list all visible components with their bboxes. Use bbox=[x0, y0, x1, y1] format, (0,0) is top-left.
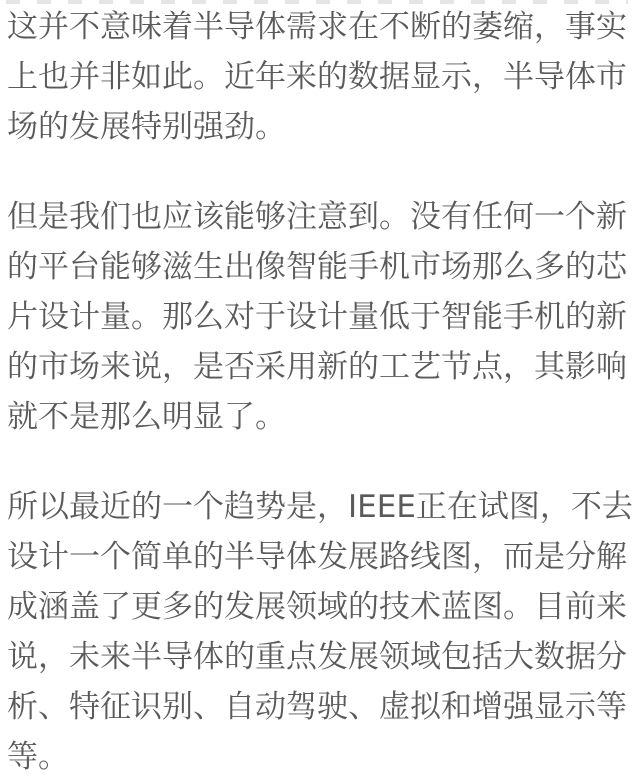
article-body: 这并不意味着半导体需求在不断的萎缩，事实 上也并非如此。近年来的数据显示，半导体… bbox=[0, 2, 634, 777]
text-line: 就不是那么明显了。 bbox=[7, 392, 627, 442]
text-line: 的平台能够滋生出像智能手机市场那么多的芯 bbox=[7, 242, 627, 292]
paragraph-2: 但是我们也应该能够注意到。没有任何一个新 的平台能够滋生出像智能手机市场那么多的… bbox=[7, 192, 627, 442]
article-page: 这并不意味着半导体需求在不断的萎缩，事实 上也并非如此。近年来的数据显示，半导体… bbox=[0, 0, 634, 777]
text-line: 所以最近的一个趋势是，IEEE正在试图，不去 bbox=[7, 482, 627, 532]
paragraph-3: 所以最近的一个趋势是，IEEE正在试图，不去 设计一个简单的半导体发展路线图，而… bbox=[7, 482, 627, 777]
text-line: 说，未来半导体的重点发展领域包括大数据分 bbox=[7, 632, 627, 682]
text-line: 片设计量。那么对于设计量低于智能手机的新 bbox=[7, 292, 627, 342]
text-line: 上也并非如此。近年来的数据显示，半导体市 bbox=[7, 52, 627, 102]
text-line: 场的发展特别强劲。 bbox=[7, 102, 627, 152]
paragraph-1: 这并不意味着半导体需求在不断的萎缩，事实 上也并非如此。近年来的数据显示，半导体… bbox=[7, 2, 627, 152]
text-line: 的市场来说，是否采用新的工艺节点，其影响 bbox=[7, 342, 627, 392]
text-line: 等。 bbox=[7, 732, 627, 777]
text-line: 成涵盖了更多的发展领域的技术蓝图。目前来 bbox=[7, 582, 627, 632]
text-line: 这并不意味着半导体需求在不断的萎缩，事实 bbox=[7, 2, 627, 52]
text-line: 析、特征识别、自动驾驶、虚拟和增强显示等 bbox=[7, 682, 627, 732]
text-line: 设计一个简单的半导体发展路线图，而是分解 bbox=[7, 532, 627, 582]
text-line: 但是我们也应该能够注意到。没有任何一个新 bbox=[7, 192, 627, 242]
